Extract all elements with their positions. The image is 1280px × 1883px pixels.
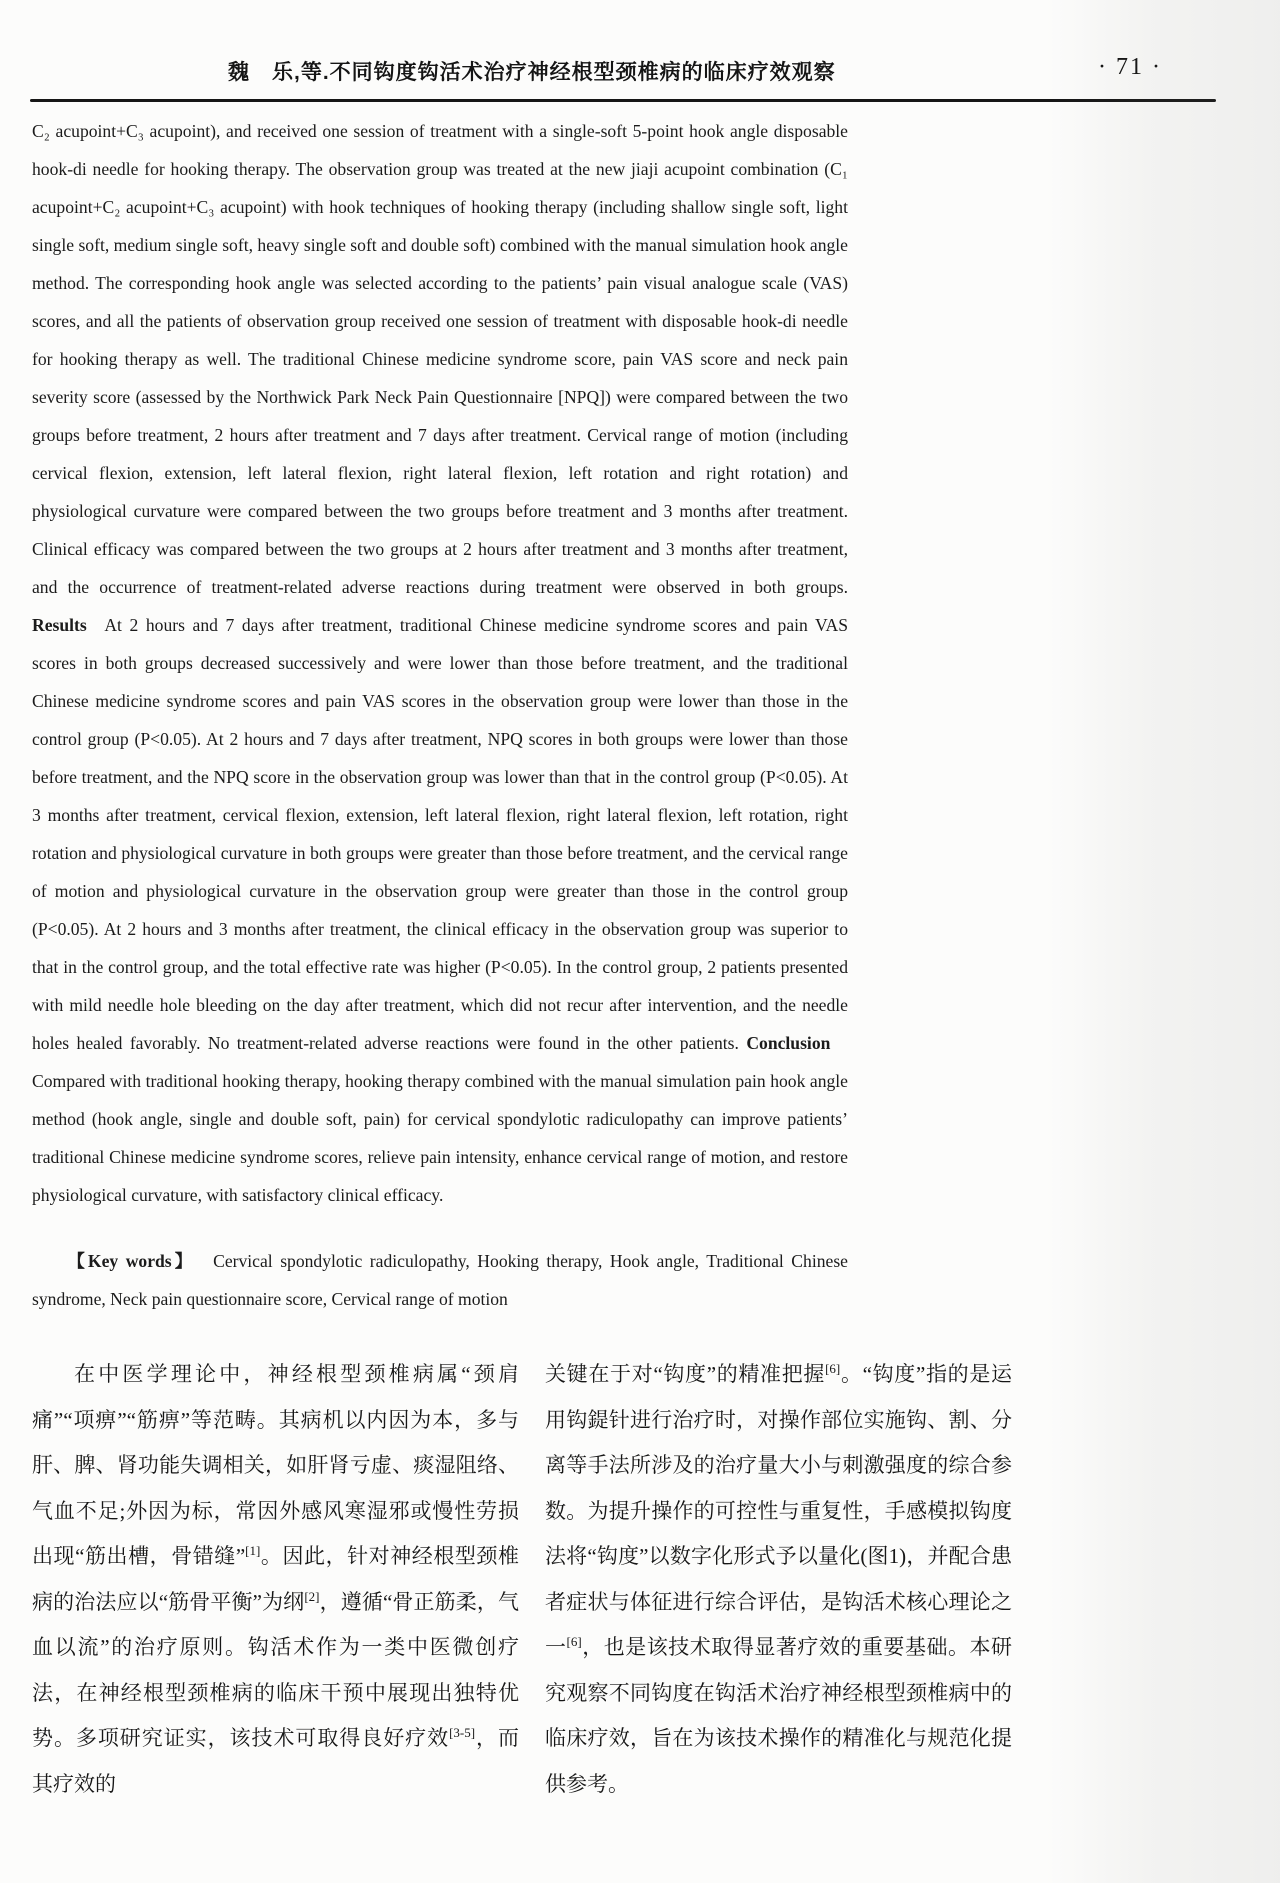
abstract-paragraph: C₂ acupoint+C₃ acupoint), and received o… [32, 112, 848, 1214]
running-title: 魏 乐,等.不同钩度钩活术治疗神经根型颈椎病的临床疗效观察 [228, 56, 836, 86]
abstract-section: C₂ acupoint+C₃ acupoint), and received o… [32, 112, 848, 1318]
page-header: 魏 乐,等.不同钩度钩活术治疗神经根型颈椎病的临床疗效观察 · 71 · [0, 0, 1280, 100]
journal-page: 魏 乐,等.不同钩度钩活术治疗神经根型颈椎病的临床疗效观察 · 71 · C₂ … [0, 0, 1280, 1883]
chinese-column-left: 在中医学理论中，神经根型颈椎病属“颈肩痛”“项痹”“筋痹”等范畴。其病机以内因为… [32, 1352, 519, 1807]
chinese-column-right: 关键在于对“钩度”的精准把握[6]。“钩度”指的是运用钩鍉针进行治疗时，对操作部… [545, 1352, 1012, 1807]
chinese-intro-section: 在中医学理论中，神经根型颈椎病属“颈肩痛”“项痹”“筋痹”等范畴。其病机以内因为… [32, 1352, 1248, 1807]
page-number: · 71 · [1098, 54, 1162, 81]
header-rule [30, 99, 1216, 102]
keywords-paragraph: 【Key words】 Cervical spondylotic radicul… [32, 1242, 848, 1318]
